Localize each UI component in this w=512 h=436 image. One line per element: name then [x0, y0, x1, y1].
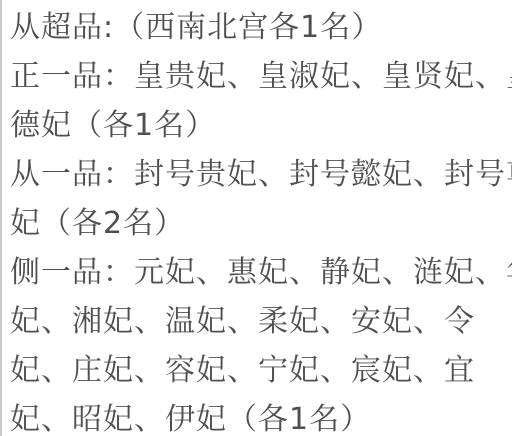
text-line: 妃、庄妃、容妃、宁妃、宸妃、宜	[10, 346, 508, 395]
text-line: 德妃（各1名）	[10, 101, 508, 150]
document-page: 从超品:（西南北宫各1名） 正一品：皇贵妃、皇淑妃、皇贤妃、皇 德妃（各1名） …	[0, 0, 512, 436]
text-line: 侧一品：元妃、惠妃、静妃、涟妃、华	[10, 248, 508, 297]
text-line: 从一品：封号贵妃、封号懿妃、封号尊	[10, 150, 508, 199]
text-line: 从超品:（西南北宫各1名）	[10, 3, 508, 52]
text-line: 妃（各2名）	[10, 199, 508, 248]
rank-list-text: 从超品:（西南北宫各1名） 正一品：皇贵妃、皇淑妃、皇贤妃、皇 德妃（各1名） …	[10, 3, 508, 436]
left-border-rule	[0, 0, 2, 436]
text-line: 妃、昭妃、伊妃（各1名）	[10, 395, 508, 436]
text-line: 正一品：皇贵妃、皇淑妃、皇贤妃、皇	[10, 52, 508, 101]
text-line: 妃、湘妃、温妃、柔妃、安妃、令	[10, 297, 508, 346]
